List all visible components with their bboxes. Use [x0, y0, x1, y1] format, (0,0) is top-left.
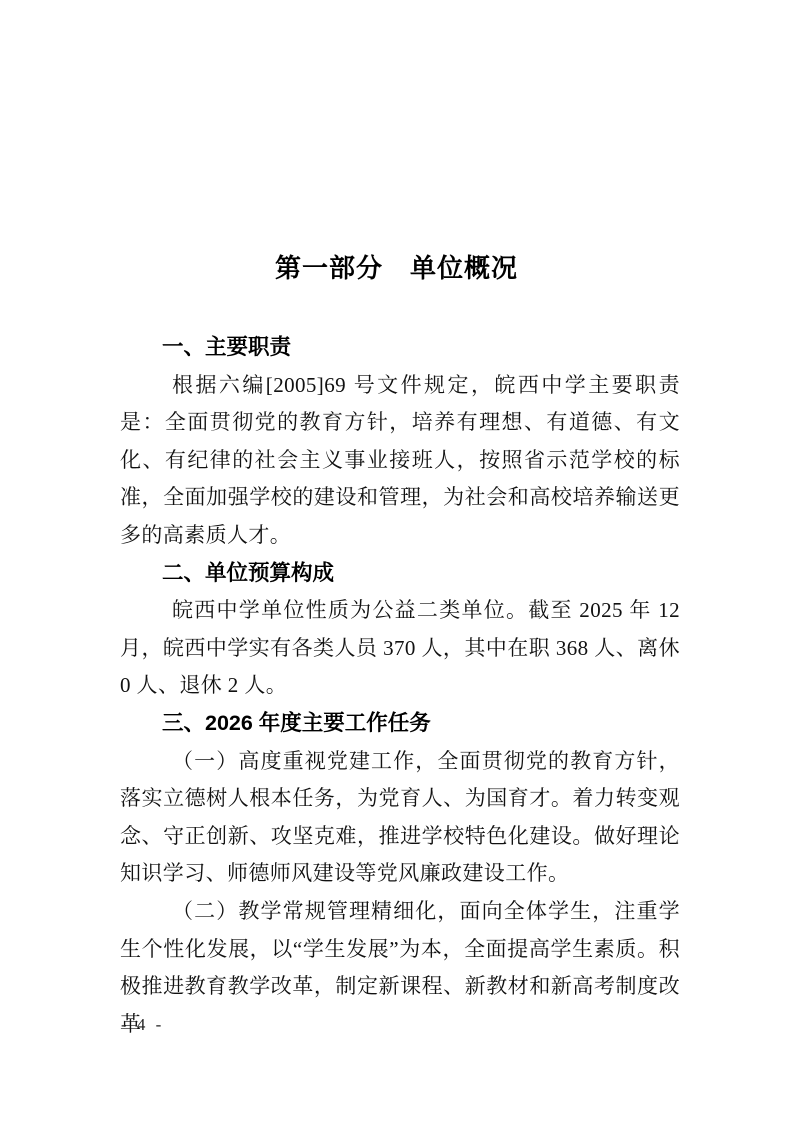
page-number: - 4 - [121, 1013, 164, 1037]
section-budget-composition-heading: 二、单位预算构成 [120, 555, 680, 593]
section-budget-composition-paragraph: 皖西中学单位性质为公益二类单位。截至 2025 年 12 月，皖西中学实有各类人… [120, 592, 680, 705]
document-page: 第一部分 单位概况 一、主要职责 根据六编[2005]69 号文件规定，皖西中学… [0, 0, 793, 1122]
document-body: 一、主要职责 根据六编[2005]69 号文件规定，皖西中学主要职责是：全面贯彻… [120, 329, 680, 1043]
section-budget-composition: 二、单位预算构成 皖西中学单位性质为公益二类单位。截至 2025 年 12 月，… [120, 555, 680, 705]
document-title: 第一部分 单位概况 [0, 252, 793, 284]
section-work-tasks: 三、2026 年度主要工作任务 （一）高度重视党建工作，全面贯彻党的教育方针，落… [120, 705, 680, 1043]
section-work-tasks-heading: 三、2026 年度主要工作任务 [120, 705, 680, 743]
section-work-tasks-paragraph-1: （一）高度重视党建工作，全面贯彻党的教育方针，落实立德树人根本任务，为党育人、为… [120, 743, 680, 893]
section-main-duties: 一、主要职责 根据六编[2005]69 号文件规定，皖西中学主要职责是：全面贯彻… [120, 329, 680, 555]
section-main-duties-paragraph: 根据六编[2005]69 号文件规定，皖西中学主要职责是：全面贯彻党的教育方针，… [120, 367, 680, 555]
section-work-tasks-paragraph-2: （二）教学常规管理精细化，面向全体学生，注重学生个性化发展，以“学生发展”为本，… [120, 893, 680, 1043]
section-main-duties-heading: 一、主要职责 [120, 329, 680, 367]
